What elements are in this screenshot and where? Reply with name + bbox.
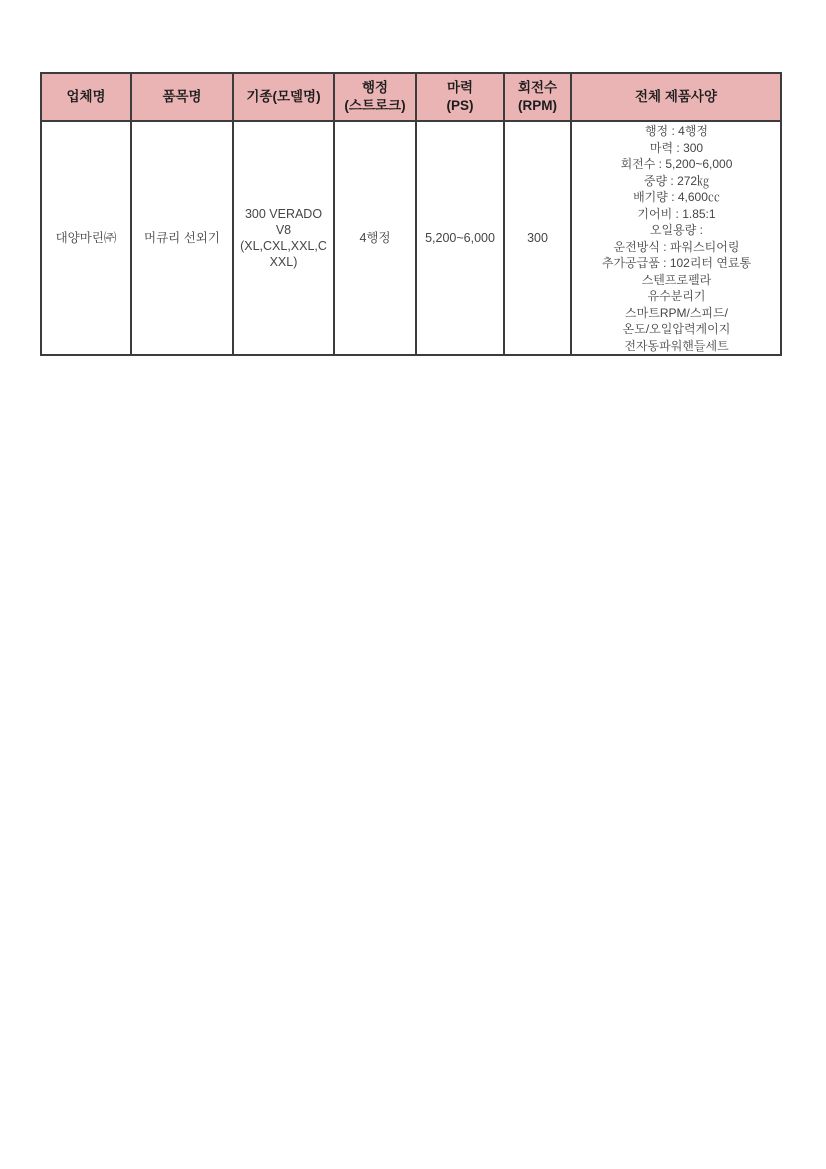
spec-line: 온도/오일압력게이지 (576, 321, 777, 338)
header-rpm: 회전수 (RPM) (504, 73, 571, 121)
spec-line: 유수분리기 (576, 288, 777, 305)
cell-company: 대양마린㈜ (41, 121, 131, 355)
document-page: 업체명 품목명 기종(모델명) 행정 (스트로크) 마력 (PS) 회전수 (R… (0, 0, 826, 1169)
cell-stroke: 4행정 (334, 121, 416, 355)
spec-line: 전자동파워핸들세트 (576, 338, 777, 355)
spec-line: 스마트RPM/스피드/ (576, 305, 777, 322)
spec-line: 기어비 : 1.85:1 (576, 206, 777, 223)
cell-item: 머큐리 선외기 (131, 121, 233, 355)
cell-horsepower: 5,200~6,000 (416, 121, 504, 355)
spec-line: 행정 : 4행정 (576, 123, 777, 140)
header-item: 품목명 (131, 73, 233, 121)
spec-line: 운전방식 : 파워스티어링 (576, 239, 777, 256)
spec-line: 추가공급품 : 102리터 연료통 (576, 255, 777, 272)
cell-full-specs: 행정 : 4행정마력 : 300회전수 : 5,200~6,000중량 : 27… (571, 121, 781, 355)
spec-line: 오일용량 : (576, 222, 777, 239)
spec-line: 마력 : 300 (576, 140, 777, 157)
header-stroke: 행정 (스트로크) (334, 73, 416, 121)
spec-line: 중량 : 272㎏ (576, 173, 777, 190)
spec-line: 스텐프로펠라 (576, 272, 777, 289)
spec-line: 배기량 : 4,600㏄ (576, 189, 777, 206)
header-model: 기종(모델명) (233, 73, 334, 121)
product-spec-table: 업체명 품목명 기종(모델명) 행정 (스트로크) 마력 (PS) 회전수 (R… (40, 72, 782, 356)
header-horsepower: 마력 (PS) (416, 73, 504, 121)
header-full-specs: 전체 제품사양 (571, 73, 781, 121)
header-company: 업체명 (41, 73, 131, 121)
table-row: 대양마린㈜ 머큐리 선외기 300 VERADO V8 (XL,CXL,XXL,… (41, 121, 781, 355)
cell-model: 300 VERADO V8 (XL,CXL,XXL,C XXL) (233, 121, 334, 355)
table-header-row: 업체명 품목명 기종(모델명) 행정 (스트로크) 마력 (PS) 회전수 (R… (41, 73, 781, 121)
cell-rpm: 300 (504, 121, 571, 355)
spec-line: 회전수 : 5,200~6,000 (576, 156, 777, 173)
